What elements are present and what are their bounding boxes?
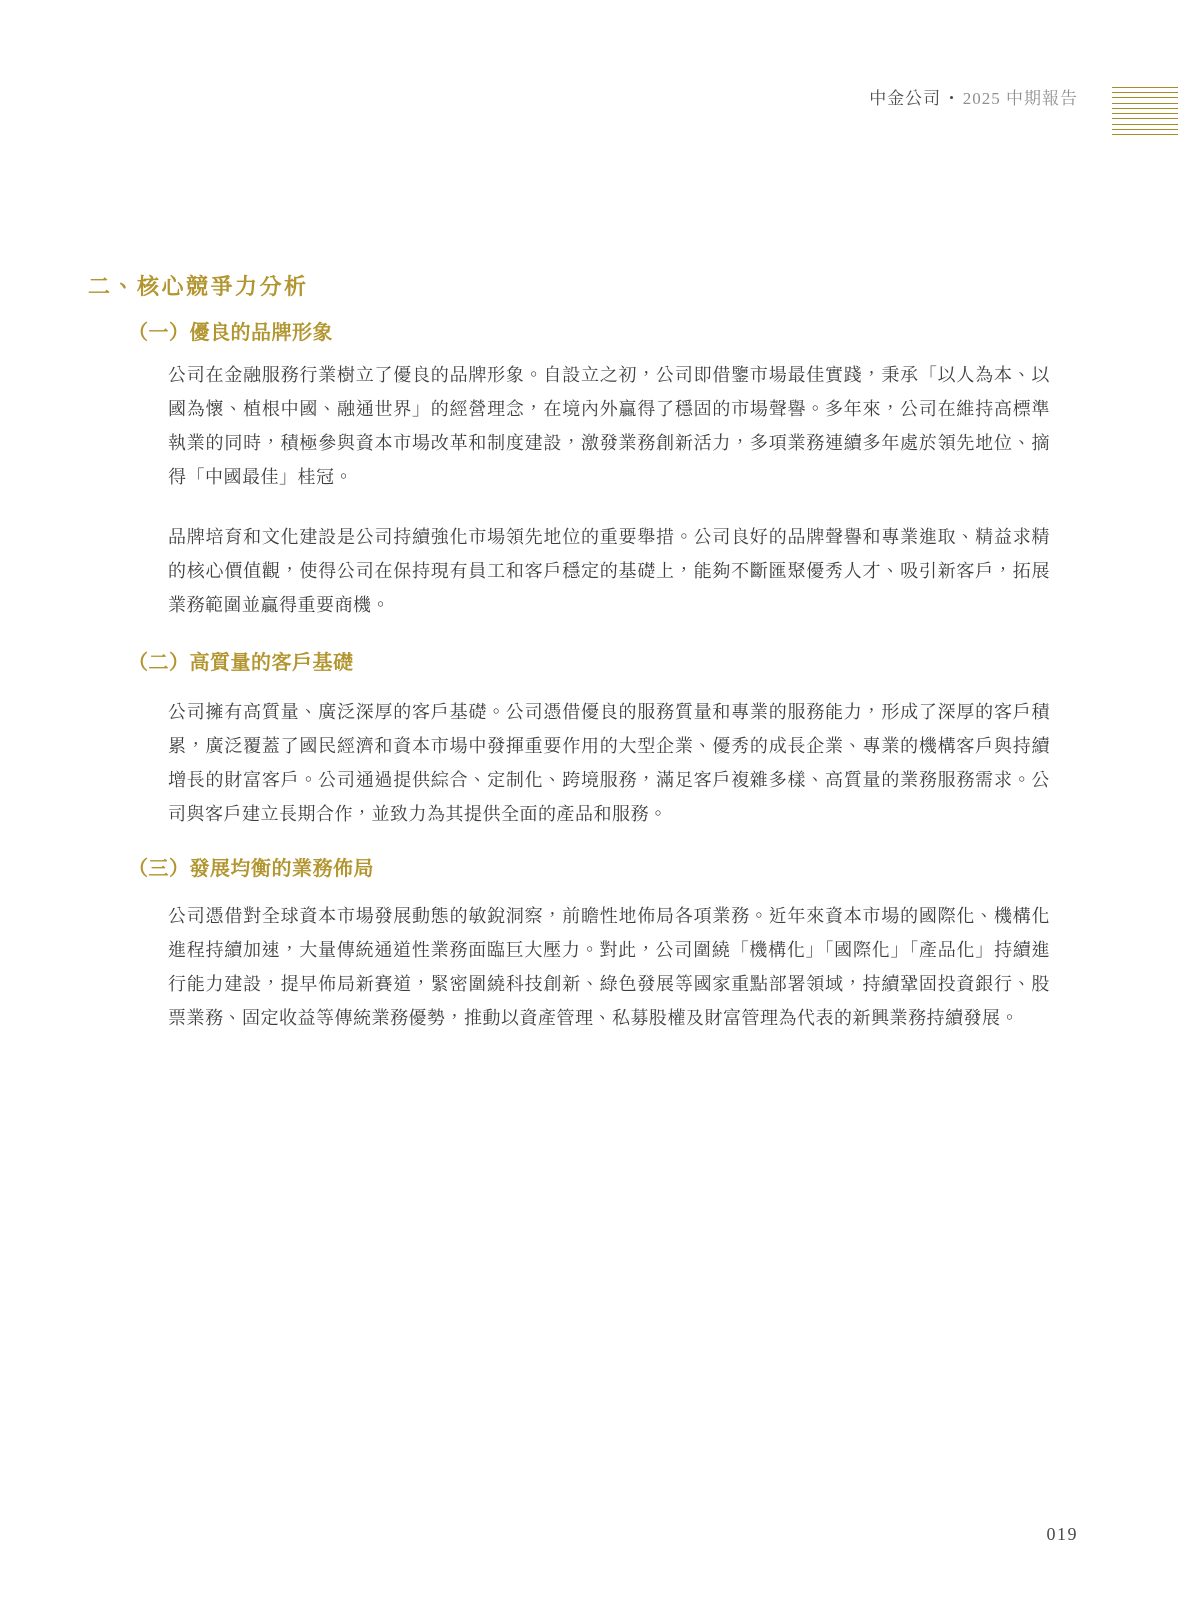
paragraph: 公司擁有高質量、廣泛深厚的客戶基礎。公司憑借優良的服務質量和專業的服務能力，形成…: [168, 695, 1050, 831]
page-header: 中金公司•2025 中期報告: [869, 84, 1078, 109]
logo-line: [1112, 134, 1178, 135]
company-name: 中金公司: [869, 89, 941, 108]
section-heading-business-layout: （三）發展均衡的業務佈局: [128, 852, 374, 881]
page-title: 二、核心競爭力分析: [88, 270, 309, 301]
logo-line: [1112, 108, 1178, 109]
logo-line: [1112, 118, 1178, 119]
paragraph: 品牌培育和文化建設是公司持續強化市場領先地位的重要舉措。公司良好的品牌聲譽和專業…: [168, 520, 1050, 622]
logo-line: [1112, 124, 1178, 125]
section-heading-client-base: （二）高質量的客戶基礎: [128, 646, 354, 675]
logo-line: [1112, 103, 1178, 104]
cicc-lines-logo: [1112, 87, 1178, 135]
section-heading-brand-image: （一）優良的品牌形象: [128, 316, 333, 345]
logo-line: [1112, 113, 1178, 114]
paragraph: 公司在金融服務行業樹立了優良的品牌形象。自設立之初，公司即借鑒市場最佳實踐，秉承…: [168, 358, 1050, 494]
paragraph: 公司憑借對全球資本市場發展動態的敏銳洞察，前瞻性地佈局各項業務。近年來資本市場的…: [168, 899, 1050, 1035]
page-number: 019: [1047, 1524, 1079, 1545]
logo-line: [1112, 92, 1178, 93]
report-title: 2025 中期報告: [963, 89, 1078, 108]
logo-line: [1112, 97, 1178, 98]
header-separator-dot: •: [941, 90, 963, 105]
logo-line: [1112, 129, 1178, 130]
logo-line: [1112, 87, 1178, 88]
report-page: 中金公司•2025 中期報告 二、核心競爭力分析 （一）優良的品牌形象 公司在金…: [0, 0, 1190, 1615]
